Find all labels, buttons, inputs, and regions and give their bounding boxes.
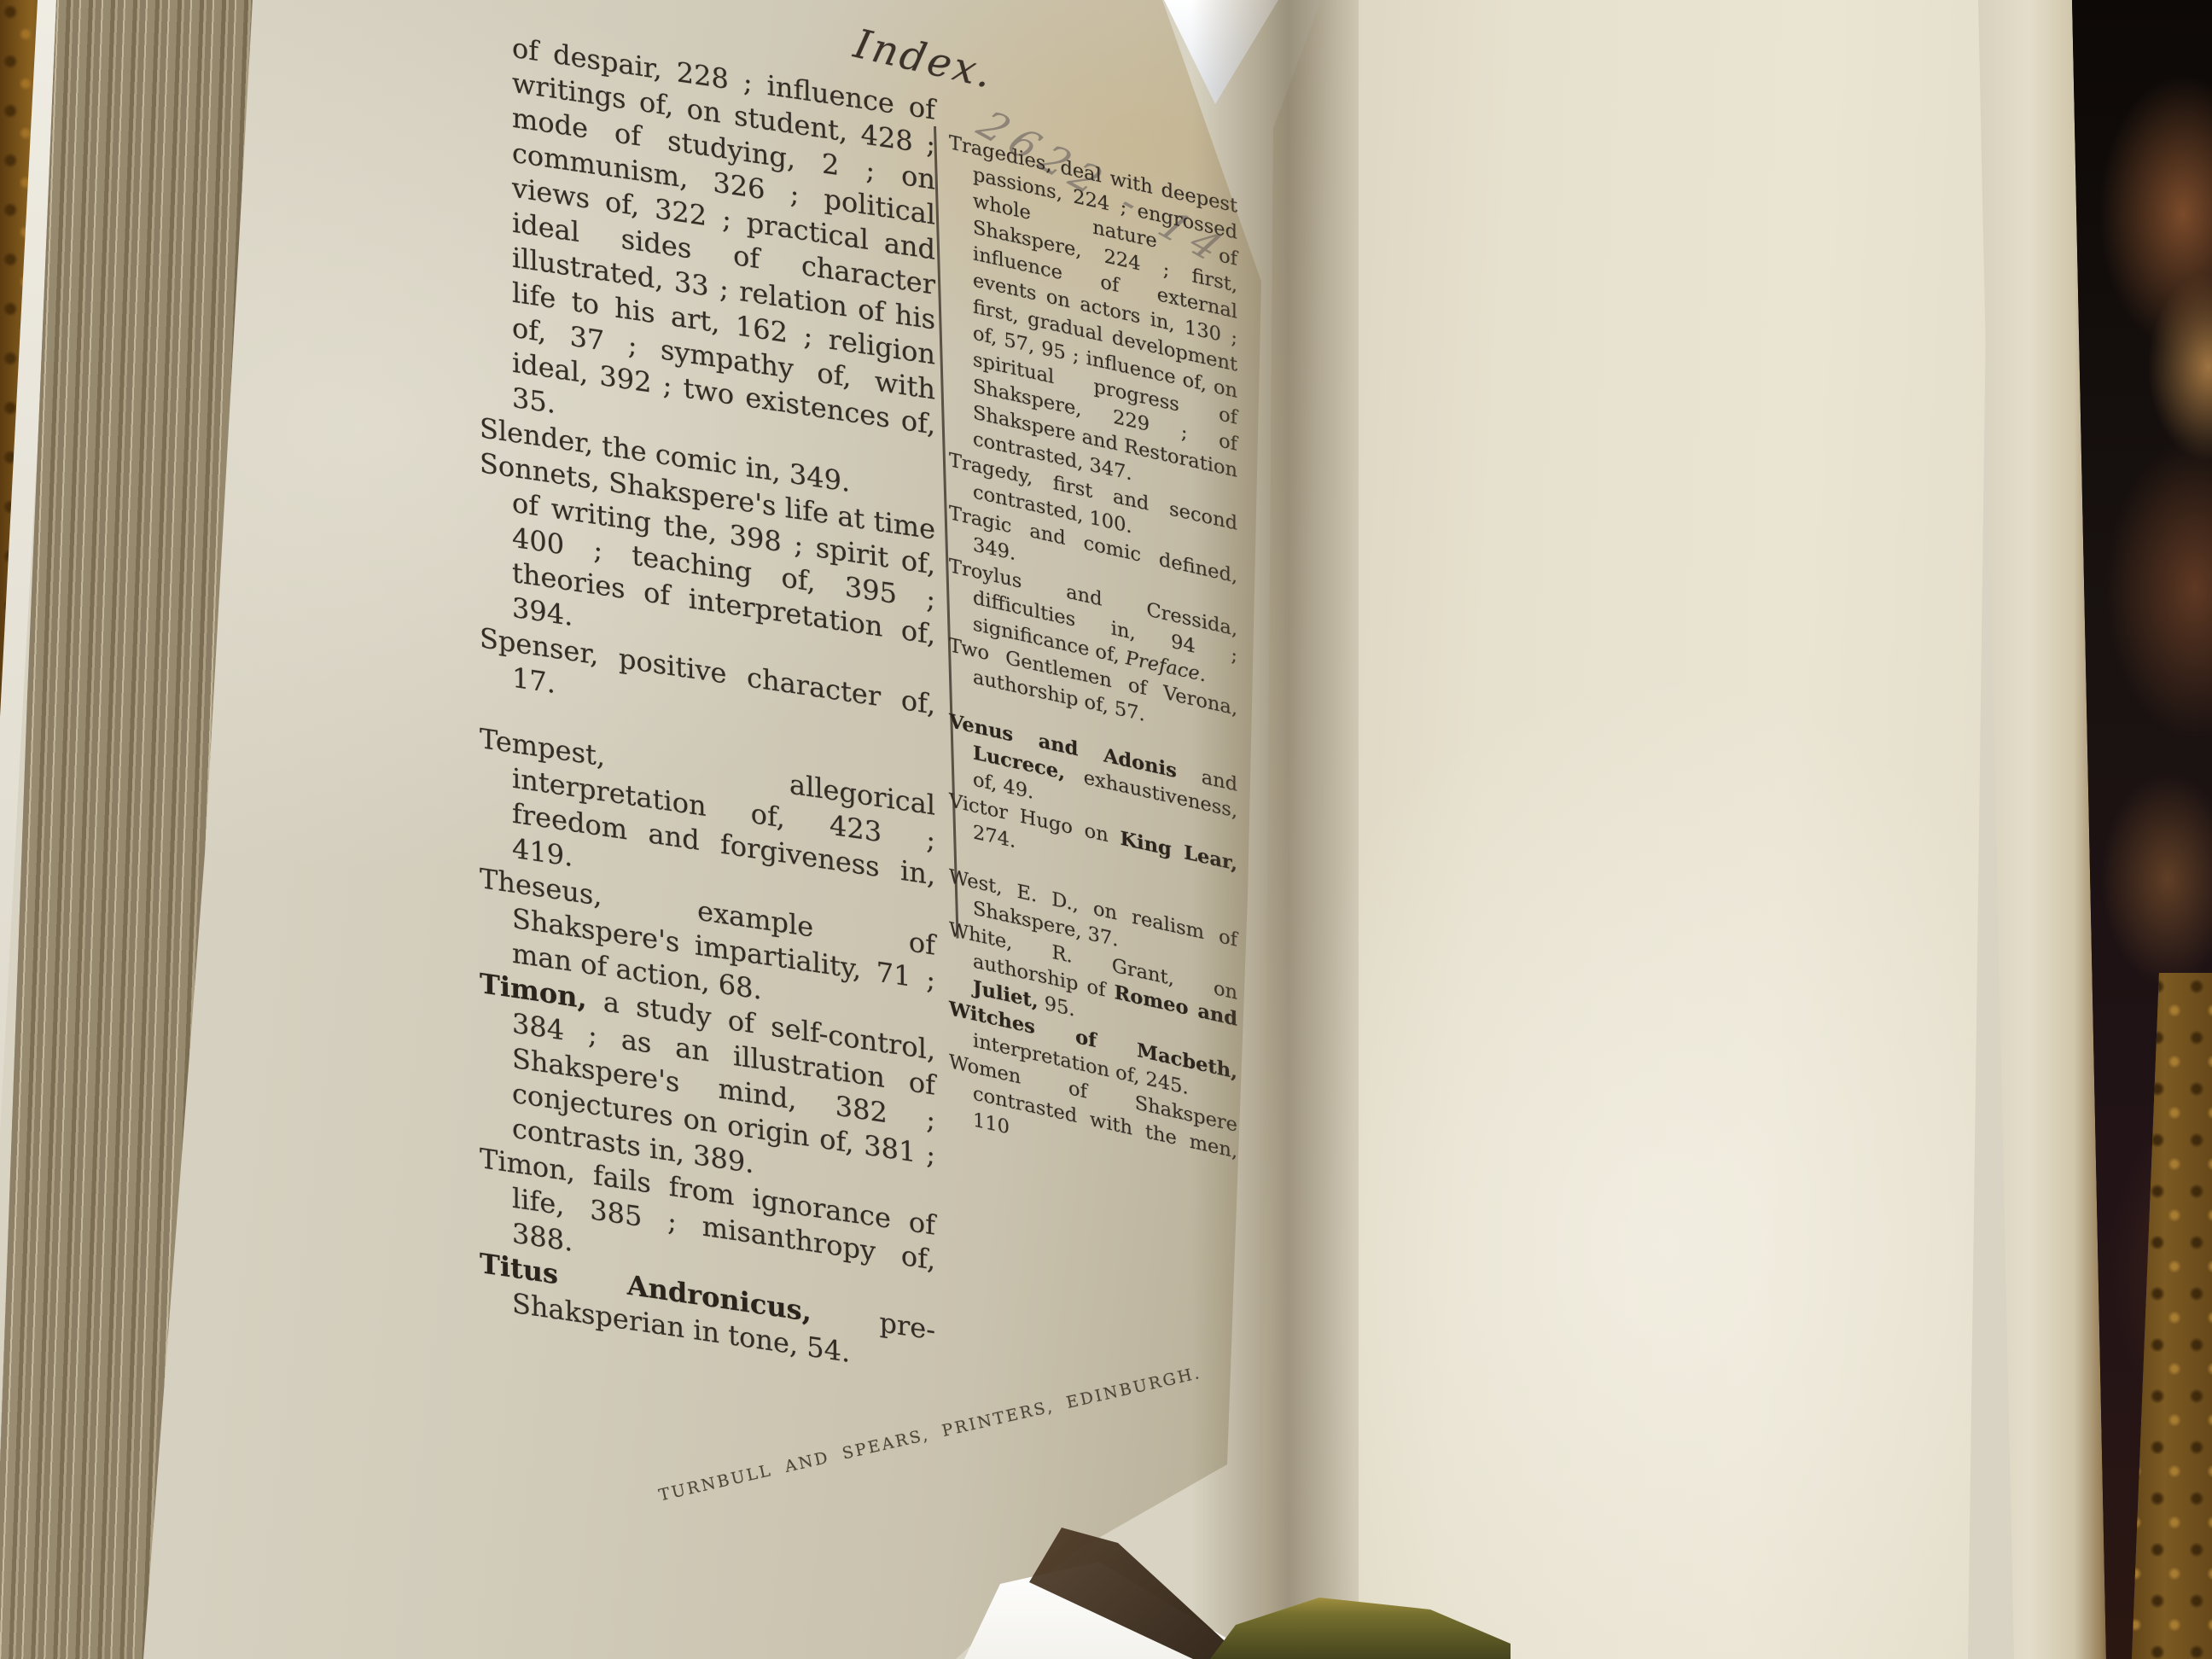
index-entry: Tragedies, deal with deepest passions, 2…: [949, 130, 1237, 511]
recto-blank-page: [1254, 0, 2005, 1659]
open-book-photo: Index. 2622 - 14 of despair, 228 ; influ…: [0, 0, 2212, 1659]
index-left-column: of despair, 228 ; influence of writings …: [480, 26, 935, 1383]
index-entry: of despair, 228 ; influence of writings …: [480, 26, 935, 478]
index-right-column: Tragedies, deal with deepest passions, 2…: [949, 130, 1237, 1192]
